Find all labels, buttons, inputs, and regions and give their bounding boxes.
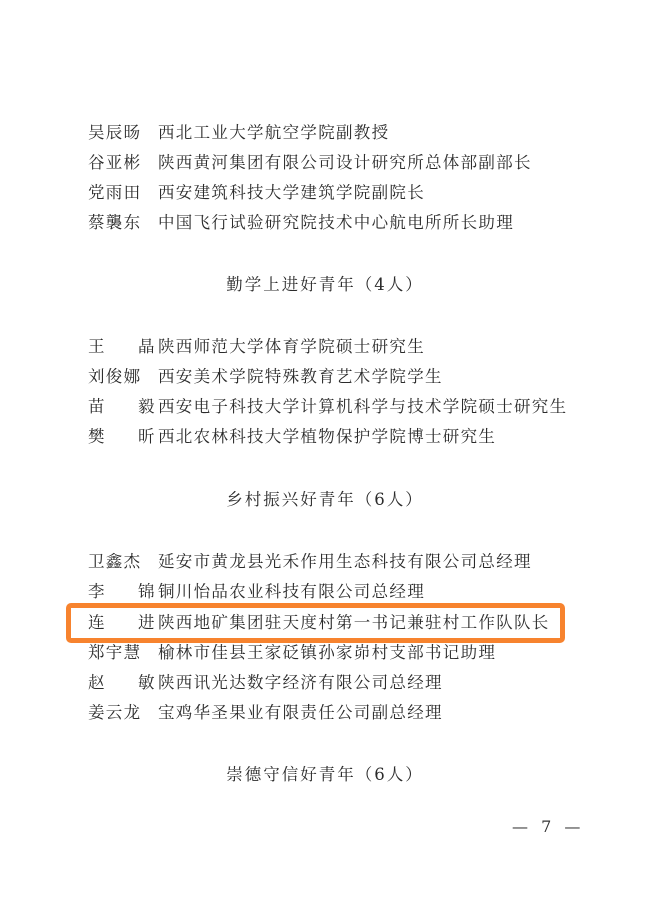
person-name: 姜云龙 [88,698,158,728]
section-title: 勤学上进好青年（4人） [0,270,650,300]
person-name: 王晶 [88,332,158,362]
person-description: 中国飞行试验研究院技术中心航电所所长助理 [158,208,514,238]
list-item: 吴辰旸西北工业大学航空学院副教授 [88,118,389,148]
person-name: 苗毅 [88,392,158,422]
person-name: 卫鑫杰 [88,547,158,577]
person-description: 榆林市佳县王家砭镇孙家峁村支部书记助理 [158,638,496,668]
person-description: 宝鸡华圣果业有限责任公司副总经理 [158,698,443,728]
document-page: 吴辰旸西北工业大学航空学院副教授 谷亚彬陕西黄河集团有限公司设计研究所总体部副部… [0,0,650,920]
person-name: 谷亚彬 [88,148,158,178]
list-item: 郑宇慧榆林市佳县王家砭镇孙家峁村支部书记助理 [88,638,496,668]
person-name: 刘俊娜 [88,362,158,392]
person-description: 西北工业大学航空学院副教授 [158,118,389,148]
list-item: 樊昕西北农林科技大学植物保护学院博士研究生 [88,422,496,452]
person-description: 延安市黄龙县光禾作用生态科技有限公司总经理 [158,547,532,577]
list-item: 卫鑫杰延安市黄龙县光禾作用生态科技有限公司总经理 [88,547,532,577]
person-name: 连进 [88,608,158,638]
person-description: 西北农林科技大学植物保护学院博士研究生 [158,422,496,452]
person-description: 陕西师范大学体育学院硕士研究生 [158,332,425,362]
person-name: 樊昕 [88,422,158,452]
person-description: 陕西地矿集团驻天度村第一书记兼驻村工作队队长 [158,608,550,638]
person-description: 西安美术学院特殊教育艺术学院学生 [158,362,443,392]
list-item: 王晶陕西师范大学体育学院硕士研究生 [88,332,425,362]
list-item-highlighted: 连进陕西地矿集团驻天度村第一书记兼驻村工作队队长 [88,608,550,638]
list-item: 党雨田西安建筑科技大学建筑学院副院长 [88,178,425,208]
person-description: 西安建筑科技大学建筑学院副院长 [158,178,425,208]
list-item: 蔡襲东中国飞行试验研究院技术中心航电所所长助理 [88,208,514,238]
person-name: 蔡襲东 [88,208,158,238]
list-item: 苗毅西安电子科技大学计算机科学与技术学院硕士研究生 [88,392,567,422]
person-description: 陕西讯光达数字经济有限公司总经理 [158,668,443,698]
section-title: 乡村振兴好青年（6人） [0,485,650,515]
person-name: 赵敏 [88,668,158,698]
person-name: 党雨田 [88,178,158,208]
list-item: 谷亚彬陕西黄河集团有限公司设计研究所总体部副部长 [88,148,532,178]
list-item: 刘俊娜西安美术学院特殊教育艺术学院学生 [88,362,443,392]
list-item: 赵敏陕西讯光达数字经济有限公司总经理 [88,668,443,698]
section-title: 崇德守信好青年（6人） [0,760,650,790]
list-item: 姜云龙宝鸡华圣果业有限责任公司副总经理 [88,698,443,728]
person-name: 郑宇慧 [88,638,158,668]
page-number: — 7 — [512,815,584,839]
person-description: 西安电子科技大学计算机科学与技术学院硕士研究生 [158,392,567,422]
person-name: 吴辰旸 [88,118,158,148]
person-description: 陕西黄河集团有限公司设计研究所总体部副部长 [158,148,532,178]
